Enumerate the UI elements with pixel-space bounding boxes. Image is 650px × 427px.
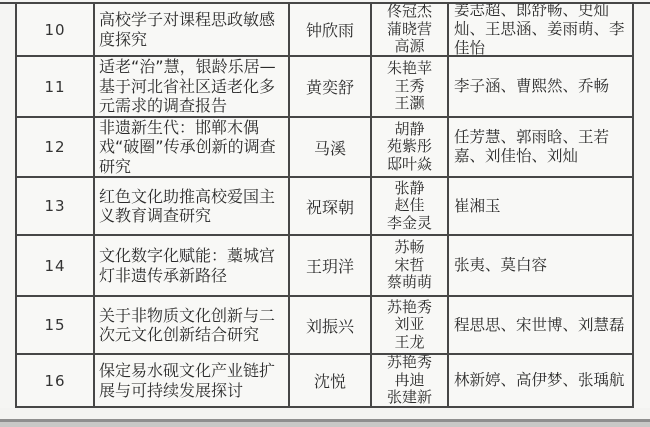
project-title-cell: 非遗新生代：邯郸木偶戏“破圈”传承创新的调查研究 <box>95 118 290 178</box>
leader-name-cell: 黄奕舒 <box>290 57 372 118</box>
leader-name-cell: 祝琛朝 <box>290 178 372 236</box>
member-name: 佟冠杰 <box>387 4 432 21</box>
advisor-names-cell: 张夷、莫白容 <box>449 236 634 297</box>
leader-name-cell: 王玥洋 <box>290 236 372 297</box>
advisor-names-cell: 程思思、宋世博、刘慧磊 <box>449 297 634 355</box>
member-names-cell: 苏艳秀冉迪张建新 <box>372 355 449 408</box>
member-name: 赵佳 <box>394 197 424 215</box>
member-names-cell: 佟冠杰蒲晓营高源 <box>372 4 449 57</box>
leader-name-cell: 沈悦 <box>290 355 372 408</box>
scanned-table-photo: 10 高校学子对课程思政敏感度探究 钟欣雨 佟冠杰蒲晓营高源 姜志超、郎舒畅、史… <box>0 0 650 427</box>
row-number-cell: 15 <box>17 297 95 355</box>
project-title-cell: 文化数字化赋能：藁城宫灯非遗传承新路径 <box>95 236 290 297</box>
project-title-cell: 红色文化助推高校爱国主义教育调查研究 <box>95 178 290 236</box>
member-name: 张静 <box>394 180 424 198</box>
member-name: 刘亚 <box>394 316 424 334</box>
member-name: 蒲晓营 <box>387 21 432 39</box>
member-name: 胡静 <box>394 121 424 139</box>
row-number-cell: 16 <box>17 355 95 408</box>
row-number-cell: 13 <box>17 178 95 236</box>
member-name: 李金灵 <box>387 215 432 233</box>
row-number-cell: 10 <box>17 4 95 57</box>
member-name: 王龙 <box>394 334 424 352</box>
member-name: 朱艳苹 <box>387 60 432 78</box>
member-name: 高源 <box>394 38 424 56</box>
member-names-cell: 胡静苑紫彤邸叶焱 <box>372 118 449 178</box>
member-name: 蔡萌萌 <box>387 274 432 292</box>
member-name: 苑紫彤 <box>387 138 432 156</box>
row-number-cell: 14 <box>17 236 95 297</box>
member-names-cell: 张静赵佳李金灵 <box>372 178 449 236</box>
member-name: 冉迪 <box>394 372 424 390</box>
project-title-cell: 高校学子对课程思政敏感度探究 <box>95 4 290 57</box>
page-margin-below-table <box>0 408 650 419</box>
project-title-cell: 保定易水砚文化产业链扩展与可持续发展探讨 <box>95 355 290 408</box>
leader-name-cell: 钟欣雨 <box>290 4 372 57</box>
cropped-right-column <box>634 4 650 408</box>
member-name: 张建新 <box>387 389 432 407</box>
member-name: 苏艳秀 <box>387 355 432 372</box>
member-name: 邸叶焱 <box>387 156 432 174</box>
advisor-names-cell: 林新婷、高伊梦、张瑀航 <box>449 355 634 408</box>
row-number-cell: 11 <box>17 57 95 118</box>
advisor-names-cell: 崔湘玉 <box>449 178 634 236</box>
advisor-names-cell: 任芳慧、郭雨晗、王若嘉、刘佳怡、刘灿 <box>449 118 634 178</box>
member-name: 王秀 <box>394 78 424 96</box>
member-name: 王灏 <box>394 95 424 113</box>
member-name: 宋哲 <box>394 257 424 275</box>
member-name: 苏畅 <box>394 239 424 257</box>
page-edge-band <box>0 422 650 427</box>
project-title-cell: 适老“治”慧，银龄乐居—基于河北省社区适老化多元需求的调查报告 <box>95 57 290 118</box>
projects-table: 10 高校学子对课程思政敏感度探究 钟欣雨 佟冠杰蒲晓营高源 姜志超、郎舒畅、史… <box>15 2 634 408</box>
leader-name-cell: 刘振兴 <box>290 297 372 355</box>
member-name: 苏艳秀 <box>387 299 432 317</box>
member-names-cell: 朱艳苹王秀王灏 <box>372 57 449 118</box>
member-names-cell: 苏艳秀刘亚王龙 <box>372 297 449 355</box>
member-names-cell: 苏畅宋哲蔡萌萌 <box>372 236 449 297</box>
advisor-names-cell: 李子涵、曹熙然、乔畅 <box>449 57 634 118</box>
project-title-cell: 关于非物质文化创新与二次元文化创新结合研究 <box>95 297 290 355</box>
row-number-cell: 12 <box>17 118 95 178</box>
leader-name-cell: 马溪 <box>290 118 372 178</box>
advisor-names-cell: 姜志超、郎舒畅、史灿灿、王思涵、姜雨萌、李佳怡 <box>449 4 634 57</box>
